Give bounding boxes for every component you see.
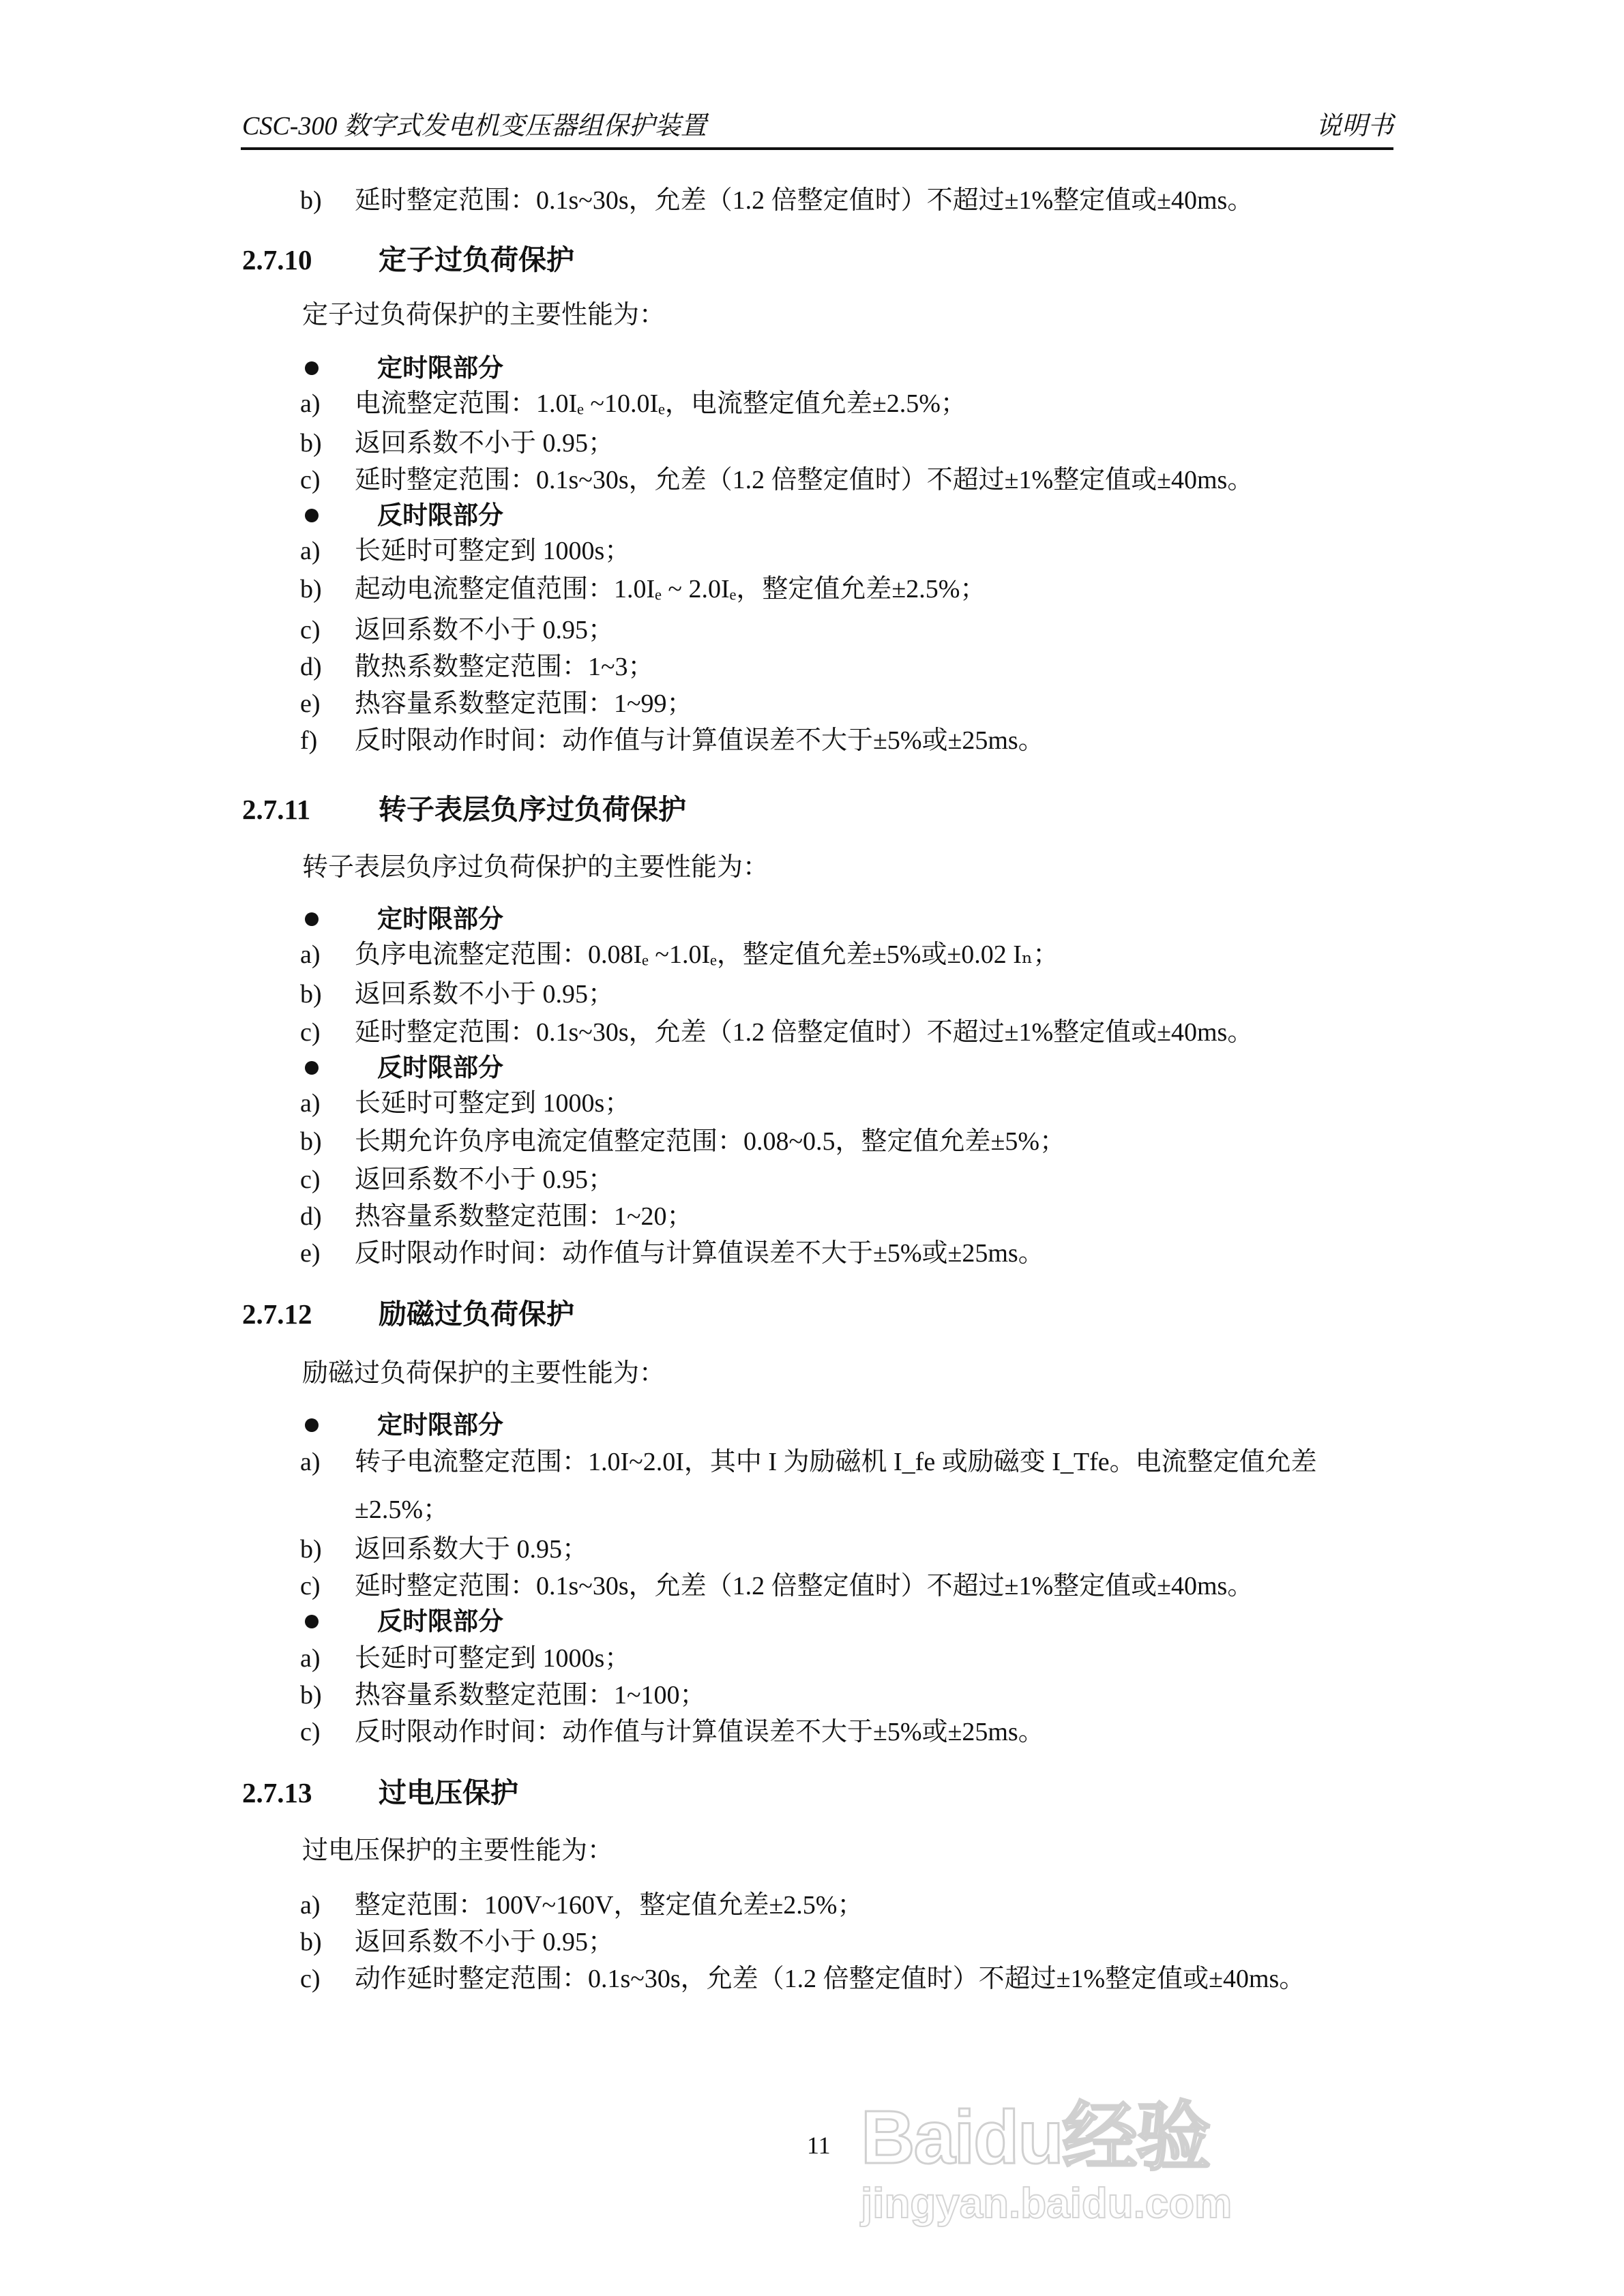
- list-text: 电流整定范围：1.0Iₑ ~10.0Iₑ，电流整定值允差±2.5%；: [355, 387, 966, 420]
- bullet-label: 反时限部分: [377, 1605, 503, 1638]
- list-text: 起动电流整定值范围：1.0Iₑ ~ 2.0Iₑ，整定值允差±2.5%；: [355, 573, 986, 606]
- list-text: 返回系数大于 0.95；: [355, 1533, 588, 1566]
- list-marker: a): [300, 387, 321, 420]
- list-text: 长期允许负序电流定值整定范围：0.08~0.5，整定值允差±5%；: [355, 1125, 1065, 1158]
- list-text: 动作延时整定范围：0.1s~30s，允差（1.2 倍整定值时）不超过±1%整定值…: [355, 1963, 1305, 1995]
- list-marker: e): [300, 687, 321, 720]
- bullet-label: 定时限部分: [377, 1409, 503, 1442]
- section-heading: 2.7.12励磁过负荷保护: [242, 1297, 574, 1331]
- section-title: 励磁过负荷保护: [379, 1298, 574, 1330]
- page-header: CSC-300 数字式发电机变压器组保护装置 说明书: [242, 102, 1393, 147]
- intro-text: 定子过负荷保护的主要性能为：: [302, 299, 665, 331]
- list-marker: d): [300, 651, 322, 683]
- list-text: 散热系数整定范围：1~3；: [355, 651, 654, 683]
- section-number: 2.7.11: [242, 792, 379, 826]
- list-text: 延时整定范围：0.1s~30s，允差（1.2 倍整定值时）不超过±1%整定值或±…: [355, 464, 1253, 496]
- watermark: Baidu经验 jingyan.baidu.com: [861, 2077, 1338, 2234]
- intro-text: 过电压保护的主要性能为：: [302, 1834, 613, 1867]
- section-number: 2.7.12: [242, 1297, 379, 1331]
- bullet-label: 反时限部分: [377, 1052, 503, 1084]
- bullet-icon: [305, 509, 319, 522]
- section-title: 定子过负荷保护: [379, 244, 574, 275]
- section-title: 过电压保护: [379, 1777, 518, 1808]
- list-text: 反时限动作时间：动作值与计算值误差不大于±5%或±25ms。: [355, 724, 1044, 757]
- list-marker: a): [300, 938, 321, 971]
- list-text: 返回系数不小于 0.95；: [355, 1163, 614, 1196]
- list-marker: b): [300, 1533, 322, 1566]
- list-text: 转子电流整定范围：1.0I~2.0I，其中 I 为励磁机 I_fe 或励磁变 I…: [355, 1446, 1317, 1478]
- bullet-label: 定时限部分: [377, 352, 503, 385]
- intro-text: 转子表层负序过负荷保护的主要性能为：: [302, 851, 769, 884]
- list-marker: b): [300, 978, 322, 1011]
- section-title: 转子表层负序过负荷保护: [379, 794, 686, 825]
- list-marker: d): [300, 1200, 322, 1233]
- list-text: 反时限动作时间：动作值与计算值误差不大于±5%或±25ms。: [355, 1237, 1044, 1270]
- list-text: 延时整定范围：0.1s~30s，允差（1.2 倍整定值时）不超过±1%整定值或±…: [355, 1016, 1253, 1049]
- list-marker: a): [300, 1642, 321, 1675]
- bullet-label: 定时限部分: [377, 903, 503, 936]
- list-marker: b): [300, 1926, 322, 1958]
- bullet-icon: [305, 361, 319, 375]
- list-text: ±2.5%；: [355, 1493, 449, 1526]
- bullet-icon: [305, 1418, 319, 1432]
- list-text: 延时整定范围：0.1s~30s，允差（1.2 倍整定值时）不超过±1%整定值或±…: [355, 184, 1253, 217]
- list-marker: a): [300, 1087, 321, 1120]
- section-heading: 2.7.10定子过负荷保护: [242, 243, 574, 277]
- list-marker: a): [300, 1889, 321, 1922]
- list-marker: b): [300, 184, 322, 217]
- bullet-icon: [305, 1615, 319, 1628]
- watermark-url: jingyan.baidu.com: [861, 2179, 1232, 2228]
- list-text: 延时整定范围：0.1s~30s，允差（1.2 倍整定值时）不超过±1%整定值或±…: [355, 1570, 1253, 1602]
- list-marker: e): [300, 1237, 321, 1270]
- list-marker: c): [300, 614, 321, 646]
- list-text: 热容量系数整定范围：1~100；: [355, 1679, 706, 1712]
- section-number: 2.7.10: [242, 243, 379, 277]
- list-text: 返回系数不小于 0.95；: [355, 978, 614, 1011]
- watermark-brand: Baidu经验: [861, 2077, 1210, 2185]
- list-marker: b): [300, 427, 322, 460]
- document-type-label: 说明书: [1316, 104, 1393, 142]
- list-marker: b): [300, 573, 322, 606]
- list-marker: b): [300, 1679, 322, 1712]
- list-text: 热容量系数整定范围：1~20；: [355, 1200, 693, 1233]
- section-number: 2.7.13: [242, 1776, 379, 1810]
- list-text: 返回系数不小于 0.95；: [355, 614, 614, 646]
- list-text: 反时限动作时间：动作值与计算值误差不大于±5%或±25ms。: [355, 1716, 1044, 1748]
- list-text: 长延时可整定到 1000s；: [355, 535, 630, 567]
- list-text: 返回系数不小于 0.95；: [355, 427, 614, 460]
- list-text: 整定范围：100V~160V，整定值允差±2.5%；: [355, 1889, 863, 1922]
- list-text: 长延时可整定到 1000s；: [355, 1642, 630, 1675]
- list-marker: a): [300, 535, 321, 567]
- list-marker: c): [300, 1570, 321, 1602]
- list-marker: c): [300, 1716, 321, 1748]
- header-divider: [241, 147, 1393, 150]
- list-marker: c): [300, 464, 321, 496]
- list-text: 负序电流整定范围：0.08Iₑ ~1.0Iₑ，整定值允差±5%或±0.02 Iₙ…: [355, 938, 1059, 971]
- list-marker: c): [300, 1963, 321, 1995]
- document-title: CSC-300 数字式发电机变压器组保护装置: [242, 104, 707, 142]
- list-text: 热容量系数整定范围：1~99；: [355, 687, 693, 720]
- page-number: 11: [807, 2131, 831, 2160]
- section-heading: 2.7.13过电压保护: [242, 1776, 518, 1810]
- intro-text: 励磁过负荷保护的主要性能为：: [302, 1357, 665, 1390]
- list-marker: f): [300, 724, 317, 757]
- bullet-label: 反时限部分: [377, 499, 503, 532]
- bullet-icon: [305, 912, 319, 926]
- list-marker: b): [300, 1125, 322, 1158]
- section-heading: 2.7.11转子表层负序过负荷保护: [242, 792, 686, 826]
- list-marker: a): [300, 1446, 321, 1478]
- list-marker: c): [300, 1016, 321, 1049]
- list-text: 返回系数不小于 0.95；: [355, 1926, 614, 1958]
- bullet-icon: [305, 1061, 319, 1075]
- list-marker: c): [300, 1163, 321, 1196]
- list-text: 长延时可整定到 1000s；: [355, 1087, 630, 1120]
